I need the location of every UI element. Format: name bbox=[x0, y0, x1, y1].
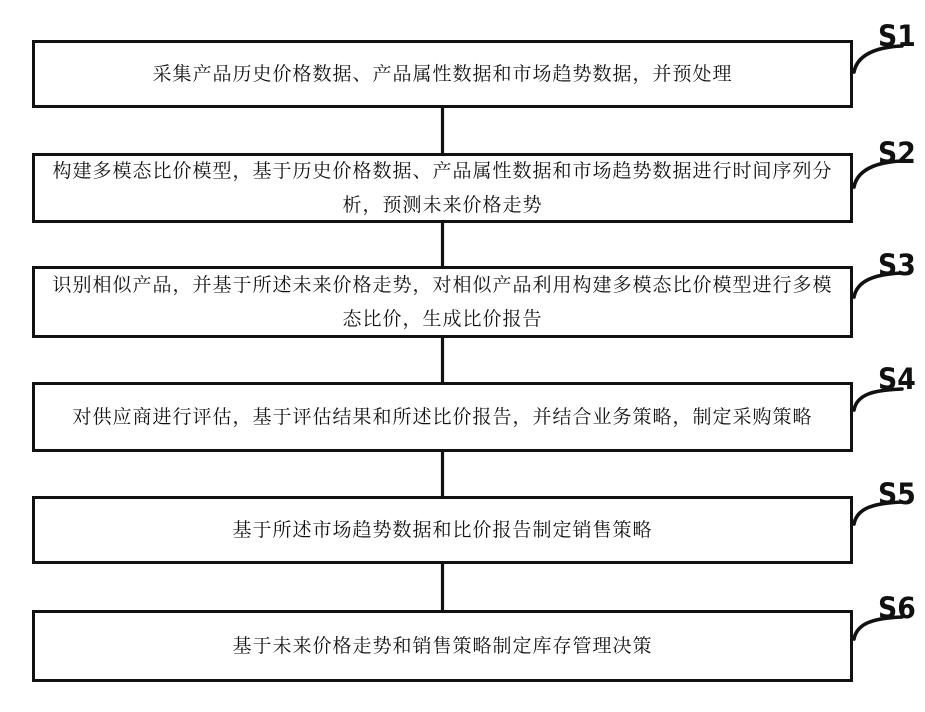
step-text-s1: 采集产品历史价格数据、产品属性数据和市场趋势数据，并预处理 bbox=[152, 57, 732, 91]
step-box-s3: 识别相似产品，并基于所述未来价格走势，对相似产品利用构建多模态比价模型进行多模态… bbox=[32, 266, 853, 338]
step-label-s2: S2 bbox=[878, 136, 920, 170]
step-text-s2: 构建多模态比价模型，基于历史价格数据、产品属性数据和市场趋势数据进行时间序列分析… bbox=[49, 154, 836, 222]
step-label-s4: S4 bbox=[878, 362, 920, 396]
step-box-s2: 构建多模态比价模型，基于历史价格数据、产品属性数据和市场趋势数据进行时间序列分析… bbox=[32, 153, 853, 223]
step-label-s5: S5 bbox=[878, 477, 920, 511]
step-box-s4: 对供应商进行评估，基于评估结果和所述比价报告，并结合业务策略，制定采购策略 bbox=[32, 382, 853, 452]
step-text-s5: 基于所述市场趋势数据和比价报告制定销售策略 bbox=[232, 513, 652, 547]
flowchart-figure: 采集产品历史价格数据、产品属性数据和市场趋势数据，并预处理 构建多模态比价模型，… bbox=[0, 0, 925, 712]
step-box-s5: 基于所述市场趋势数据和比价报告制定销售策略 bbox=[32, 496, 853, 564]
step-text-s4: 对供应商进行评估，基于评估结果和所述比价报告，并结合业务策略，制定采购策略 bbox=[72, 400, 812, 434]
step-text-s6: 基于未来价格走势和销售策略制定库存管理决策 bbox=[232, 629, 652, 663]
step-label-s6: S6 bbox=[878, 591, 920, 625]
step-label-s3: S3 bbox=[878, 248, 920, 282]
step-label-s1: S1 bbox=[878, 19, 920, 53]
step-box-s6: 基于未来价格走势和销售策略制定库存管理决策 bbox=[32, 610, 853, 682]
step-text-s3: 识别相似产品，并基于所述未来价格走势，对相似产品利用构建多模态比价模型进行多模态… bbox=[49, 268, 836, 336]
step-box-s1: 采集产品历史价格数据、产品属性数据和市场趋势数据，并预处理 bbox=[32, 40, 853, 108]
